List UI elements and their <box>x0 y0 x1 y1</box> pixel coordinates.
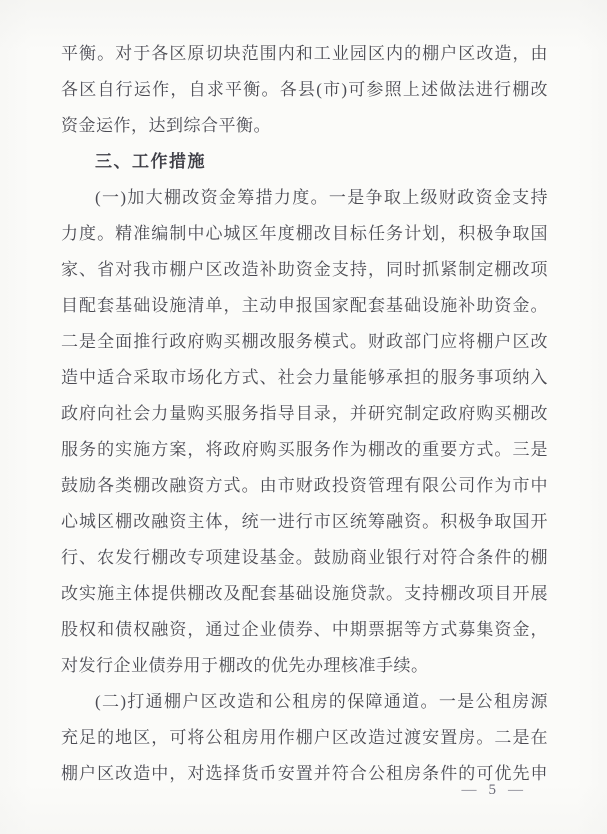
body-line: 鼓励各类棚改融资方式。由市财政投资管理有限公司作为市中 <box>61 468 548 504</box>
page-number-value: 5 <box>489 779 497 801</box>
body-line: 政府向社会力量购买服务指导目录，并研究制定政府购买棚改 <box>61 396 548 432</box>
page-number: — 5 — <box>462 779 524 801</box>
body-line: 服务的实施方案，将政府购买服务作为棚改的重要方式。三是 <box>61 432 548 468</box>
page-number-right-dash: — <box>508 779 523 801</box>
body-line: 力度。精准编制中心城区年度棚改目标任务计划，积极争取国 <box>61 216 548 252</box>
page-number-left-dash: — <box>462 779 477 801</box>
body-line: 充足的地区，可将公租房用作棚户区改造过渡安置房。二是在 <box>61 720 548 756</box>
body-line-paragraph-start: (二)打通棚户区改造和公租房的保障通道。一是公租房源 <box>61 684 548 720</box>
body-line: 平衡。对于各区原切块范围内和工业园区内的棚户区改造，由 <box>61 36 548 72</box>
body-line: 行、农发行棚改专项建设基金。鼓励商业银行对符合条件的棚 <box>61 540 548 576</box>
body-line: 股权和债权融资，通过企业债券、中期票据等方式募集资金， <box>61 612 548 648</box>
body-line: 改实施主体提供棚改及配套基础设施贷款。支持棚改项目开展 <box>61 576 548 612</box>
body-line: 资金运作，达到综合平衡。 <box>61 108 548 144</box>
body-line: 各区自行运作，自求平衡。各县(市)可参照上述做法进行棚改 <box>61 72 548 108</box>
body-line: 二是全面推行政府购买棚改服务模式。财政部门应将棚户区改 <box>61 324 548 360</box>
body-line: 造中适合采取市场化方式、社会力量能够承担的服务事项纳入 <box>61 360 548 396</box>
body-line-paragraph-start: (一)加大棚改资金筹措力度。一是争取上级财政资金支持 <box>61 180 548 216</box>
heading-work-measures: 三、工作措施 <box>61 144 548 180</box>
body-line: 目配套基础设施清单，主动申报国家配套基础设施补助资金。 <box>61 288 548 324</box>
document-text-block: 平衡。对于各区原切块范围内和工业园区内的棚户区改造，由 各区自行运作，自求平衡。… <box>61 36 548 792</box>
body-line: 心城区棚改融资主体，统一进行市区统筹融资。积极争取国开 <box>61 504 548 540</box>
body-line: 对发行企业债券用于棚改的优先办理核准手续。 <box>61 648 548 684</box>
body-line: 家、省对我市棚户区改造补助资金支持，同时抓紧制定棚改项 <box>61 252 548 288</box>
